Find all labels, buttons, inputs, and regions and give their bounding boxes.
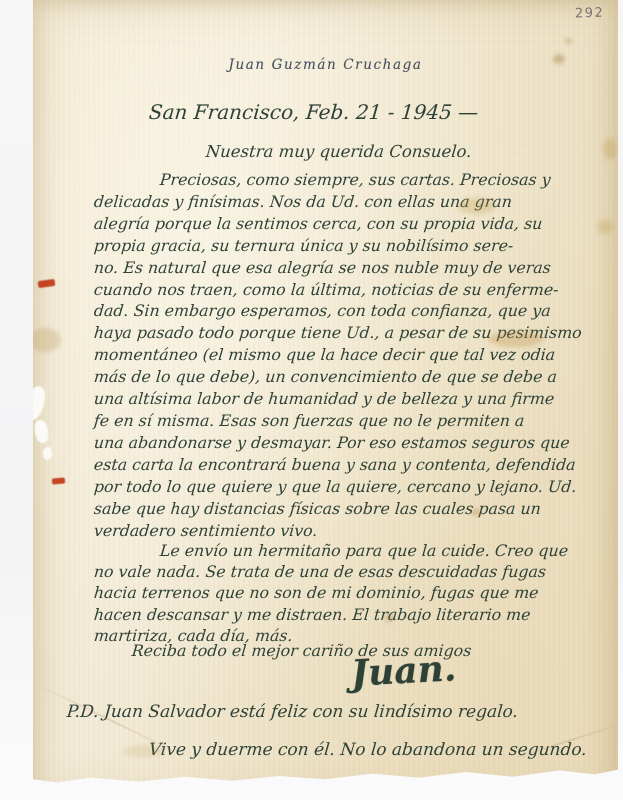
letterhead-name: Juan Guzmán Cruchaga (33, 57, 618, 73)
letter-line: delicadas y finísimas. Nos da Ud. con el… (93, 191, 620, 213)
paper-stain (29, 328, 61, 352)
salutation: Nuestra muy querida Consuelo. (205, 142, 472, 161)
letter-line: sabe que hay distancias físicas sobre la… (93, 498, 620, 520)
red-pencil-mark (38, 279, 56, 288)
scanned-letter: 292 Juan Guzmán Cruchaga San Francisco, … (0, 0, 623, 800)
letter-line: Le envío un hermitaño para que la cuide.… (93, 540, 620, 561)
paper-stain (123, 745, 165, 757)
paper-stain (565, 38, 572, 44)
letter-line: una abandonarse y desmayar. Por eso esta… (93, 432, 620, 454)
letter-line: momentáneo (el mismo que la hace decir q… (93, 344, 620, 366)
letter-line: verdadero sentimiento vivo. (93, 520, 620, 542)
letter-line: cuando nos traen, como la última, notici… (93, 279, 620, 301)
paper-damage-spot (43, 447, 52, 460)
letter-line: dad. Sin embargo esperamos, con toda con… (93, 300, 620, 322)
letter-line: fe en sí misma. Esas son fuerzas que no … (93, 410, 620, 432)
red-pencil-mark (52, 477, 65, 484)
letter-line: alegría porque la sentimos cerca, con su… (93, 213, 620, 235)
archive-page-number: 292 (574, 5, 604, 21)
paper-stain (603, 138, 617, 160)
letter-line: propia gracia, su ternura única y su nob… (93, 235, 620, 257)
letter-line: no vale nada. Se trata de una de esas de… (93, 561, 620, 582)
paper-stain (385, 614, 394, 622)
letter-paper: 292 Juan Guzmán Cruchaga San Francisco, … (33, 0, 618, 800)
paper-stain (488, 331, 544, 347)
paper-stain (458, 198, 496, 214)
paper-stain (471, 508, 481, 516)
dateline: San Francisco, Feb. 21 - 1945 — (148, 100, 479, 124)
letter-line: esta carta la encontrará buena y sana y … (93, 454, 620, 476)
letter-line: Preciosas, como siempre, sus cartas. Pre… (93, 169, 620, 191)
paper-damage-spot (33, 419, 50, 444)
letter-line: no. Es natural que esa alegría se nos nu… (93, 257, 620, 279)
letter-line: una altísima labor de humanidad y de bel… (93, 388, 620, 410)
postscript-line-1: P.D. Juan Salvador está feliz con su lin… (66, 702, 519, 722)
letter-paragraph-1: Preciosas, como siempre, sus cartas. Pre… (93, 169, 618, 541)
letter-paragraph-2: Le envío un hermitaño para que la cuide.… (93, 540, 618, 646)
paper-damage-spot (23, 384, 48, 421)
paper-stain (597, 220, 613, 234)
signature: Juan. (350, 647, 457, 694)
paper-stain (553, 54, 565, 64)
letter-line: hacen descansar y me distraen. El trabaj… (93, 604, 620, 625)
letter-line: más de lo que debe), un convencimiento d… (93, 366, 620, 388)
letter-line: hacia terrenos que no son de mi dominio,… (93, 582, 620, 603)
letter-line: por todo lo que quiere y que la quiere, … (93, 476, 620, 498)
